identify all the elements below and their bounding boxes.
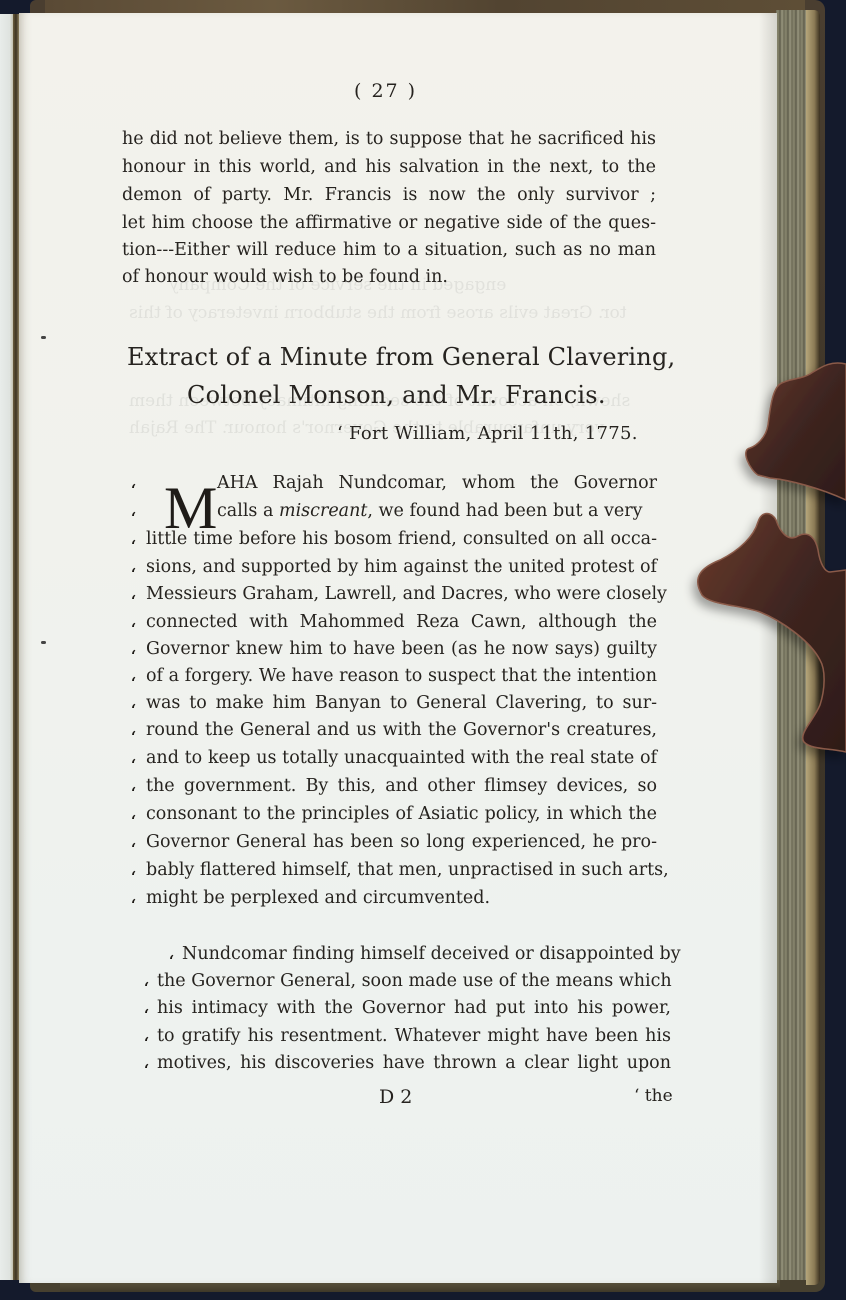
body-line: was to make him Banyan to General Claver… bbox=[146, 695, 657, 713]
quote-mark: ‘ bbox=[131, 701, 136, 719]
body-line: might be perplexed and circumvented. bbox=[146, 890, 490, 908]
page-text: ( 27 ) he did not believe them, is to su… bbox=[19, 13, 777, 1283]
quote-mark: ‘ bbox=[131, 756, 136, 774]
body-line: tion---Either will reduce him to a situa… bbox=[122, 242, 656, 260]
body-line: of honour would wish to be found in. bbox=[122, 269, 448, 287]
body-line: the Governor General, soon made use of t… bbox=[157, 973, 671, 991]
body-line: of a forgery. We have reason to suspect … bbox=[146, 668, 657, 686]
quote-mark: ‘ bbox=[144, 979, 149, 997]
facing-page-sliver bbox=[0, 14, 14, 1280]
dateline: ‘ Fort William, April 11th, 1775. bbox=[337, 423, 638, 444]
cover-top-edge bbox=[45, 0, 805, 14]
catchword: ‘ the bbox=[634, 1086, 673, 1106]
quote-mark: ‘ bbox=[131, 592, 136, 610]
italic-word: miscreant bbox=[279, 501, 367, 521]
text-run: , we found had been but a very bbox=[367, 501, 642, 521]
body-line: his intimacy with the Governor had put i… bbox=[157, 1000, 671, 1018]
quote-mark: ‘ bbox=[144, 1061, 149, 1079]
body-line: Governor knew him to have been (as he no… bbox=[146, 641, 657, 659]
page-clip-bookmark bbox=[680, 350, 846, 770]
body-line: motives, his discoveries have thrown a c… bbox=[157, 1055, 671, 1073]
body-line: let him choose the affirmative or negati… bbox=[122, 215, 656, 233]
body-line: demon of party. Mr. Francis is now the o… bbox=[122, 187, 656, 205]
text-run: calls a miscreant, we found had been but… bbox=[217, 503, 643, 521]
quote-mark: ‘ bbox=[169, 952, 174, 970]
body-line: he did not believe them, is to suppose t… bbox=[122, 131, 656, 149]
quote-mark: ‘ bbox=[144, 1034, 149, 1052]
binding-mark bbox=[41, 641, 46, 644]
body-line: round the General and us with the Govern… bbox=[146, 722, 657, 740]
body-line: and to keep us totally unacquainted with… bbox=[146, 750, 657, 768]
quote-mark: ‘ bbox=[131, 481, 136, 499]
quote-mark: ‘ bbox=[131, 728, 136, 746]
text-run: calls a bbox=[217, 501, 273, 521]
section-heading-line-1: Extract of a Minute from General Claveri… bbox=[127, 343, 675, 371]
quote-mark: ‘ bbox=[131, 896, 136, 914]
quote-mark: ‘ bbox=[131, 565, 136, 583]
quote-mark: ‘ bbox=[131, 509, 136, 527]
body-line: connected with Mahommed Reza Cawn, altho… bbox=[146, 614, 657, 632]
quote-mark: ‘ bbox=[131, 868, 136, 886]
body-line: AHA Rajah Nundcomar, whom the Governor bbox=[217, 475, 657, 493]
section-heading-line-2: Colonel Monson, and Mr. Francis. bbox=[187, 381, 606, 409]
body-line: the government. By this, and other flims… bbox=[146, 778, 657, 796]
body-line: bably flattered himself, that men, unpra… bbox=[146, 862, 657, 880]
clip-shape-icon bbox=[680, 350, 846, 770]
body-line: calls a miscreant, we found had been but… bbox=[217, 503, 657, 521]
quote-mark: ‘ bbox=[131, 674, 136, 692]
book-page: engaged in the service of the Company to… bbox=[19, 13, 777, 1283]
page-number: ( 27 ) bbox=[354, 80, 417, 102]
binding-mark bbox=[41, 336, 46, 339]
body-line: Messieurs Graham, Lawrell, and Dacres, w… bbox=[146, 586, 657, 604]
signature-mark: D 2 bbox=[379, 1086, 412, 1108]
quote-mark: ‘ bbox=[131, 647, 136, 665]
quote-mark: ‘ bbox=[131, 840, 136, 858]
body-line: little time before his bosom friend, con… bbox=[146, 531, 657, 549]
quote-mark: ‘ bbox=[131, 812, 136, 830]
body-line: sions, and supported by him against the … bbox=[146, 559, 657, 577]
body-line: Governor General has been so long experi… bbox=[146, 834, 657, 852]
quote-mark: ‘ bbox=[131, 620, 136, 638]
quote-mark: ‘ bbox=[131, 784, 136, 802]
body-line: to gratify his resentment. Whatever migh… bbox=[157, 1028, 671, 1046]
body-line: honour in this world, and his salvation … bbox=[122, 159, 656, 177]
body-line: Nundcomar finding himself deceived or di… bbox=[182, 946, 670, 964]
quote-mark: ‘ bbox=[131, 537, 136, 555]
quote-mark: ‘ bbox=[144, 1006, 149, 1024]
body-line: consonant to the principles of Asiatic p… bbox=[146, 806, 657, 824]
